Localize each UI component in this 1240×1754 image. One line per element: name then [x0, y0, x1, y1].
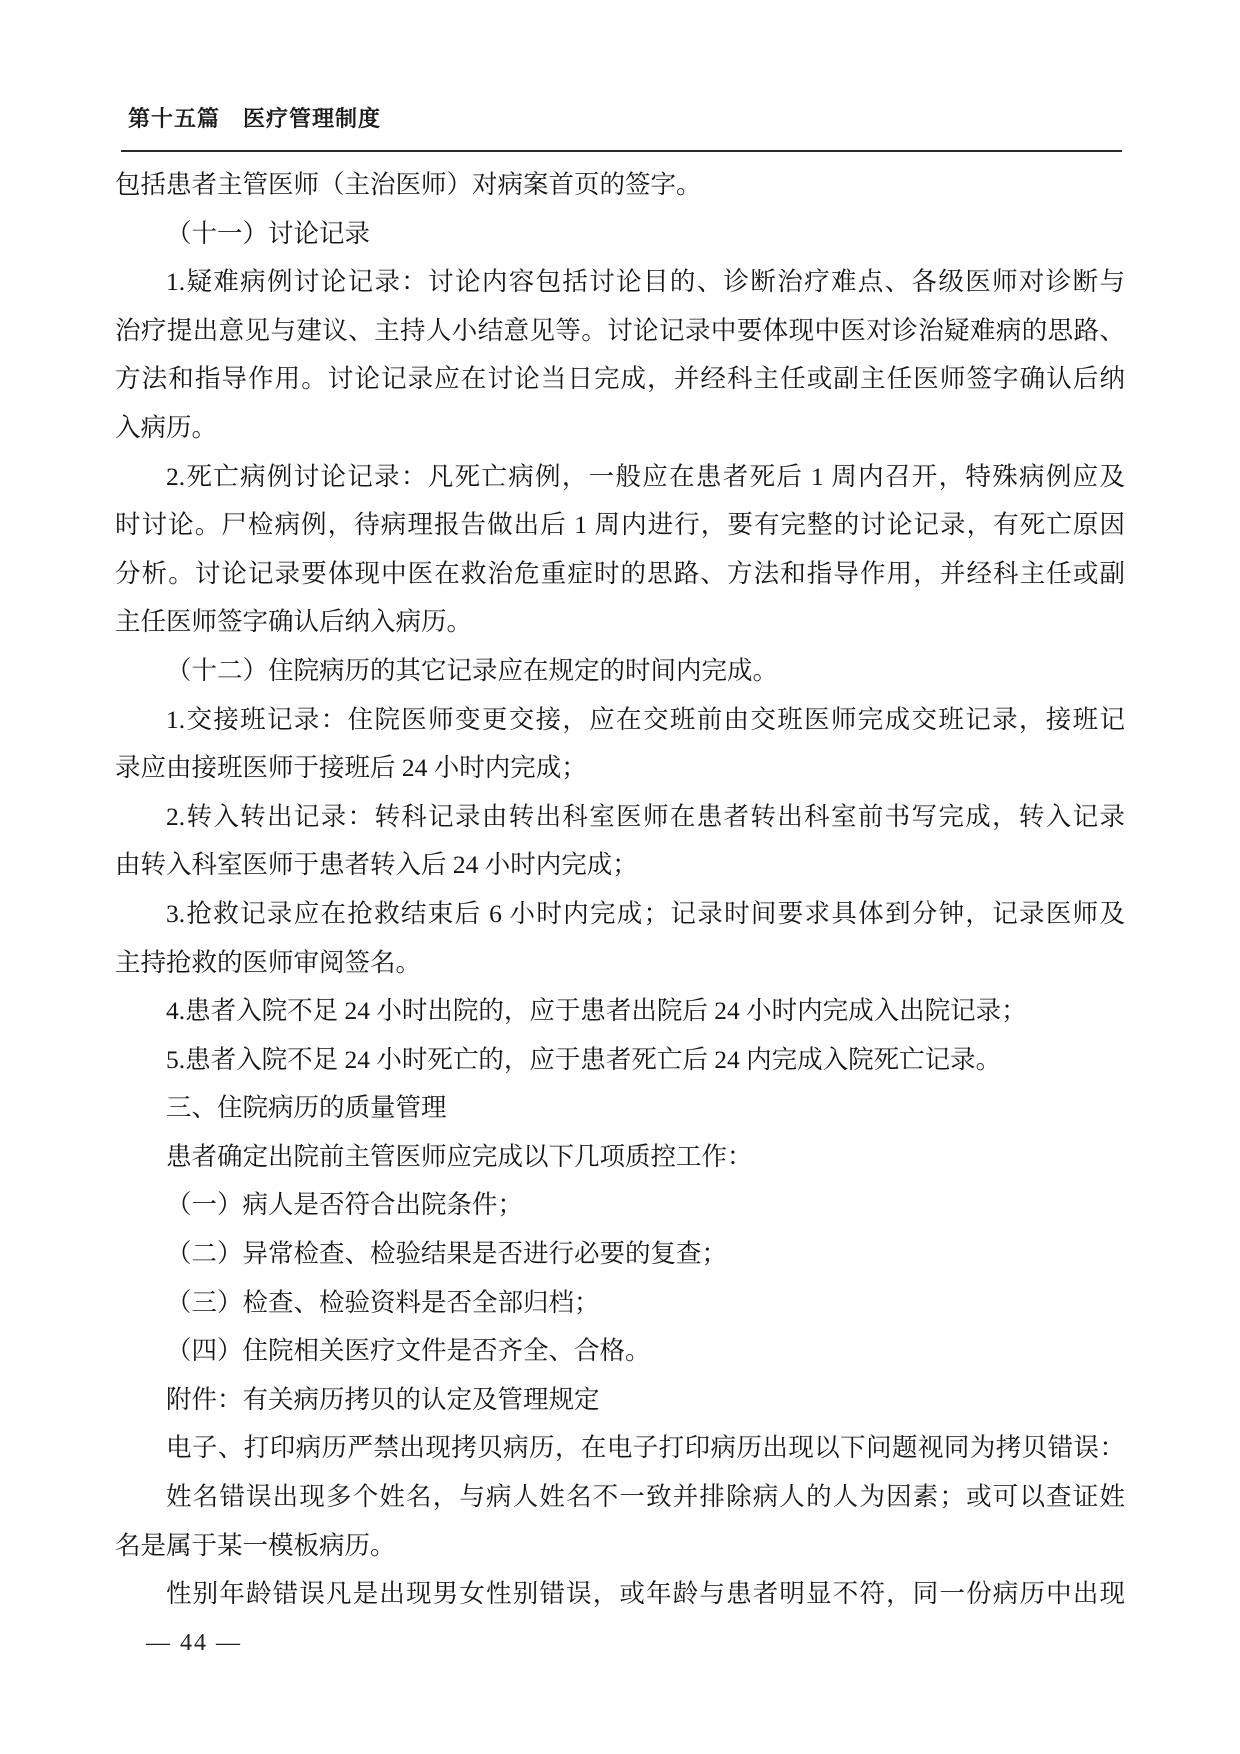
text-line: 5.患者入院不足 24 小时死亡的，应于患者死亡后 24 内完成入院死亡记录。 — [115, 1036, 1125, 1085]
text-line: 由转入科室医师于患者转入后 24 小时内完成； — [115, 841, 1125, 890]
page-number: — 44 — — [146, 1630, 242, 1657]
header-rule — [121, 150, 1122, 152]
text-line: 包括患者主管医师（主治医师）对病案首页的签字。 — [115, 161, 1125, 210]
text-line: 患者确定出院前主管医师应完成以下几项质控工作： — [115, 1133, 1125, 1182]
text-line: 入病历。 — [115, 404, 1125, 453]
text-line: 时讨论。尸检病例，待病理报告做出后 1 周内进行，要有完整的讨论记录，有死亡原因 — [115, 501, 1125, 550]
text-line: （二）异常检查、检验结果是否进行必要的复查； — [115, 1230, 1125, 1279]
document-body: 包括患者主管医师（主治医师）对病案首页的签字。（十一）讨论记录1.疑难病例讨论记… — [115, 161, 1125, 1619]
text-line: 名是属于某一模板病历。 — [115, 1522, 1125, 1571]
text-line: 录应由接班医师于接班后 24 小时内完成； — [115, 744, 1125, 793]
text-line: （十二）住院病历的其它记录应在规定的时间内完成。 — [115, 647, 1125, 696]
text-line: 2.转入转出记录：转科记录由转出科室医师在患者转出科室前书写完成，转入记录 — [115, 793, 1125, 842]
text-line: 方法和指导作用。讨论记录应在讨论当日完成，并经科主任或副主任医师签字确认后纳 — [115, 355, 1125, 404]
document-page: 第十五篇 医疗管理制度 包括患者主管医师（主治医师）对病案首页的签字。（十一）讨… — [0, 0, 1240, 1754]
text-line: 附件：有关病历拷贝的认定及管理规定 — [115, 1376, 1125, 1425]
text-line: （一）病人是否符合出院条件； — [115, 1181, 1125, 1230]
text-line: （四）住院相关医疗文件是否齐全、合格。 — [115, 1327, 1125, 1376]
text-line: 姓名错误出现多个姓名，与病人姓名不一致并排除病人的人为因素；或可以查证姓 — [115, 1473, 1125, 1522]
text-line: 电子、打印病历严禁出现拷贝病历，在电子打印病历出现以下问题视同为拷贝错误： — [115, 1424, 1125, 1473]
text-line: （三）检查、检验资料是否全部归档； — [115, 1279, 1125, 1328]
text-line: 主持抢救的医师审阅签名。 — [115, 939, 1125, 988]
text-line: 4.患者入院不足 24 小时出院的，应于患者出院后 24 小时内完成入出院记录； — [115, 987, 1125, 1036]
text-line: 2.死亡病例讨论记录：凡死亡病例，一般应在患者死后 1 周内召开，特殊病例应及 — [115, 453, 1125, 502]
text-line: 分析。讨论记录要体现中医在救治危重症时的思路、方法和指导作用，并经科主任或副 — [115, 550, 1125, 599]
text-line: （十一）讨论记录 — [115, 210, 1125, 259]
text-line: 3.抢救记录应在抢救结束后 6 小时内完成；记录时间要求具体到分钟，记录医师及 — [115, 890, 1125, 939]
text-line: 1.疑难病例讨论记录：讨论内容包括讨论目的、诊断治疗难点、各级医师对诊断与 — [115, 258, 1125, 307]
text-line: 三、住院病历的质量管理 — [115, 1084, 1125, 1133]
text-line: 1.交接班记录：住院医师变更交接，应在交班前由交班医师完成交班记录，接班记 — [115, 696, 1125, 745]
text-line: 主任医师签字确认后纳入病历。 — [115, 598, 1125, 647]
page-header-title: 第十五篇 医疗管理制度 — [128, 102, 381, 133]
text-line: 性别年龄错误凡是出现男女性别错误，或年龄与患者明显不符，同一份病历中出现 — [115, 1570, 1125, 1619]
text-line: 治疗提出意见与建议、主持人小结意见等。讨论记录中要体现中医对诊治疑难病的思路、 — [115, 307, 1125, 356]
